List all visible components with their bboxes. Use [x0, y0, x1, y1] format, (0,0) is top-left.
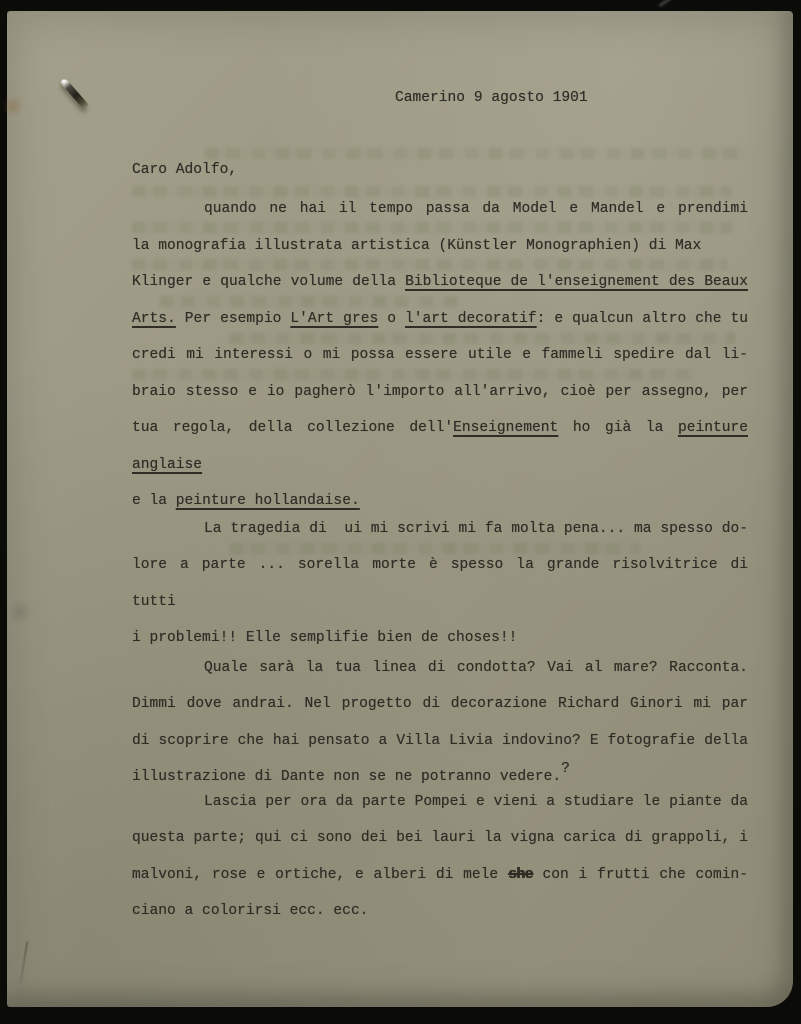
letter-line: Dimmi dove andrai. Nel progetto di decor…	[132, 686, 748, 723]
letter-line: Lascia per ora da parte Pompei e vieni a…	[132, 784, 748, 821]
text-run: i problemi!! Elle semplifie bien de chos…	[132, 630, 517, 646]
paragraph: quando ne hai il tempo passa da Model e …	[132, 191, 748, 520]
underlined-text: L'Art gres	[290, 311, 378, 327]
text-run: braio stesso e io pagherò l'importo all'…	[132, 384, 748, 400]
underlined-text: peinture hollandaise.	[176, 493, 360, 509]
superscript-question-mark: ?	[561, 761, 570, 777]
text-run: Lascia per ora da parte Pompei e vieni a…	[204, 794, 748, 810]
text-run: lore a parte ... sorella morte è spesso …	[132, 557, 748, 610]
text-run: Quale sarà la tua linea di condotta? Vai…	[204, 660, 748, 676]
text-run: Klinger e qualche volume della	[132, 274, 405, 290]
letter-line: Quale sarà la tua linea di condotta? Vai…	[132, 650, 748, 687]
text-run: di scoprire che hai pensato a Villa Livi…	[132, 733, 748, 749]
text-run: tua regola, della collezione dell'	[132, 420, 453, 436]
text-run: Per esempio	[176, 311, 291, 327]
letter-line: di scoprire che hai pensato a Villa Livi…	[132, 723, 748, 760]
paragraph: Lascia per ora da parte Pompei e vieni a…	[132, 784, 748, 930]
letter-line: quando ne hai il tempo passa da Model e …	[132, 191, 748, 228]
paper-crease	[659, 0, 801, 7]
paragraph: La tragedia di ui mi scrivi mi fa molta …	[132, 511, 748, 657]
letter-line: credi mi interessi o mi possa essere uti…	[132, 337, 748, 374]
underlined-text: Biblioteque de l'enseignement des Beaux	[405, 274, 748, 290]
letter-line: braio stesso e io pagherò l'importo all'…	[132, 374, 748, 411]
rust-stain	[3, 95, 23, 117]
paper-smudge	[11, 599, 29, 625]
text-run: Dimmi dove andrai. Nel progetto di decor…	[132, 696, 748, 712]
letter-body: quando ne hai il tempo passa da Model e …	[132, 191, 748, 930]
letter-line: questa parte; qui ci sono dei bei lauri …	[132, 820, 748, 857]
text-run: La tragedia di ui mi scrivi mi fa molta …	[204, 521, 748, 537]
letter-line: malvoni, rose e ortiche, e alberi di mel…	[132, 857, 748, 894]
text-run: e la	[132, 493, 176, 509]
letter-line: la monografia illustrata artistica (Küns…	[132, 228, 748, 265]
text-run: con i frutti che comin-	[533, 867, 748, 883]
text-run: quando ne hai il tempo passa da Model e …	[204, 201, 748, 217]
pencil-mark	[20, 941, 29, 983]
text-run: questa parte; qui ci sono dei bei lauri …	[132, 830, 748, 846]
letter-scan-photo: { "page": { "background_color": "#0b0b08…	[0, 0, 801, 1024]
place-date: Camerino 9 agosto 1901	[395, 86, 748, 110]
letter-line: tua regola, della collezione dell'Enseig…	[132, 410, 748, 483]
text-run: : e qualcun altro che tu	[537, 311, 748, 327]
text-run: malvoni, rose e ortiche, e alberi di mel…	[132, 867, 508, 883]
struck-out-text: she	[508, 867, 533, 883]
text-run: ciano a colorirsi ecc. ecc.	[132, 903, 368, 919]
salutation: Caro Adolfo,	[132, 158, 748, 182]
underlined-text: Arts.	[132, 311, 176, 327]
pin-head-icon	[60, 78, 68, 86]
letter-paper: Camerino 9 agosto 1901 Caro Adolfo, quan…	[7, 11, 793, 1007]
straight-pin-icon	[60, 78, 89, 110]
letter-text-column: Camerino 9 agosto 1901 Caro Adolfo, quan…	[132, 86, 748, 930]
text-run: la monografia illustrata artistica (Küns…	[132, 238, 701, 254]
paragraph: Quale sarà la tua linea di condotta? Vai…	[132, 650, 748, 796]
text-run: o	[378, 311, 405, 327]
underlined-text: l'art decoratif	[405, 311, 537, 327]
letter-line: La tragedia di ui mi scrivi mi fa molta …	[132, 511, 748, 548]
letter-line: ciano a colorirsi ecc. ecc.	[132, 893, 748, 930]
letter-line: Klinger e qualche volume della Biblioteq…	[132, 264, 748, 301]
text-run: credi mi interessi o mi possa essere uti…	[132, 347, 748, 363]
letter-line: lore a parte ... sorella morte è spesso …	[132, 547, 748, 620]
text-run: ho già la	[558, 420, 678, 436]
letter-line: Arts. Per esempio L'Art gres o l'art dec…	[132, 301, 748, 338]
text-run: illustrazione di Dante non se ne potrann…	[132, 769, 561, 785]
underlined-text: Enseignement	[453, 420, 558, 436]
